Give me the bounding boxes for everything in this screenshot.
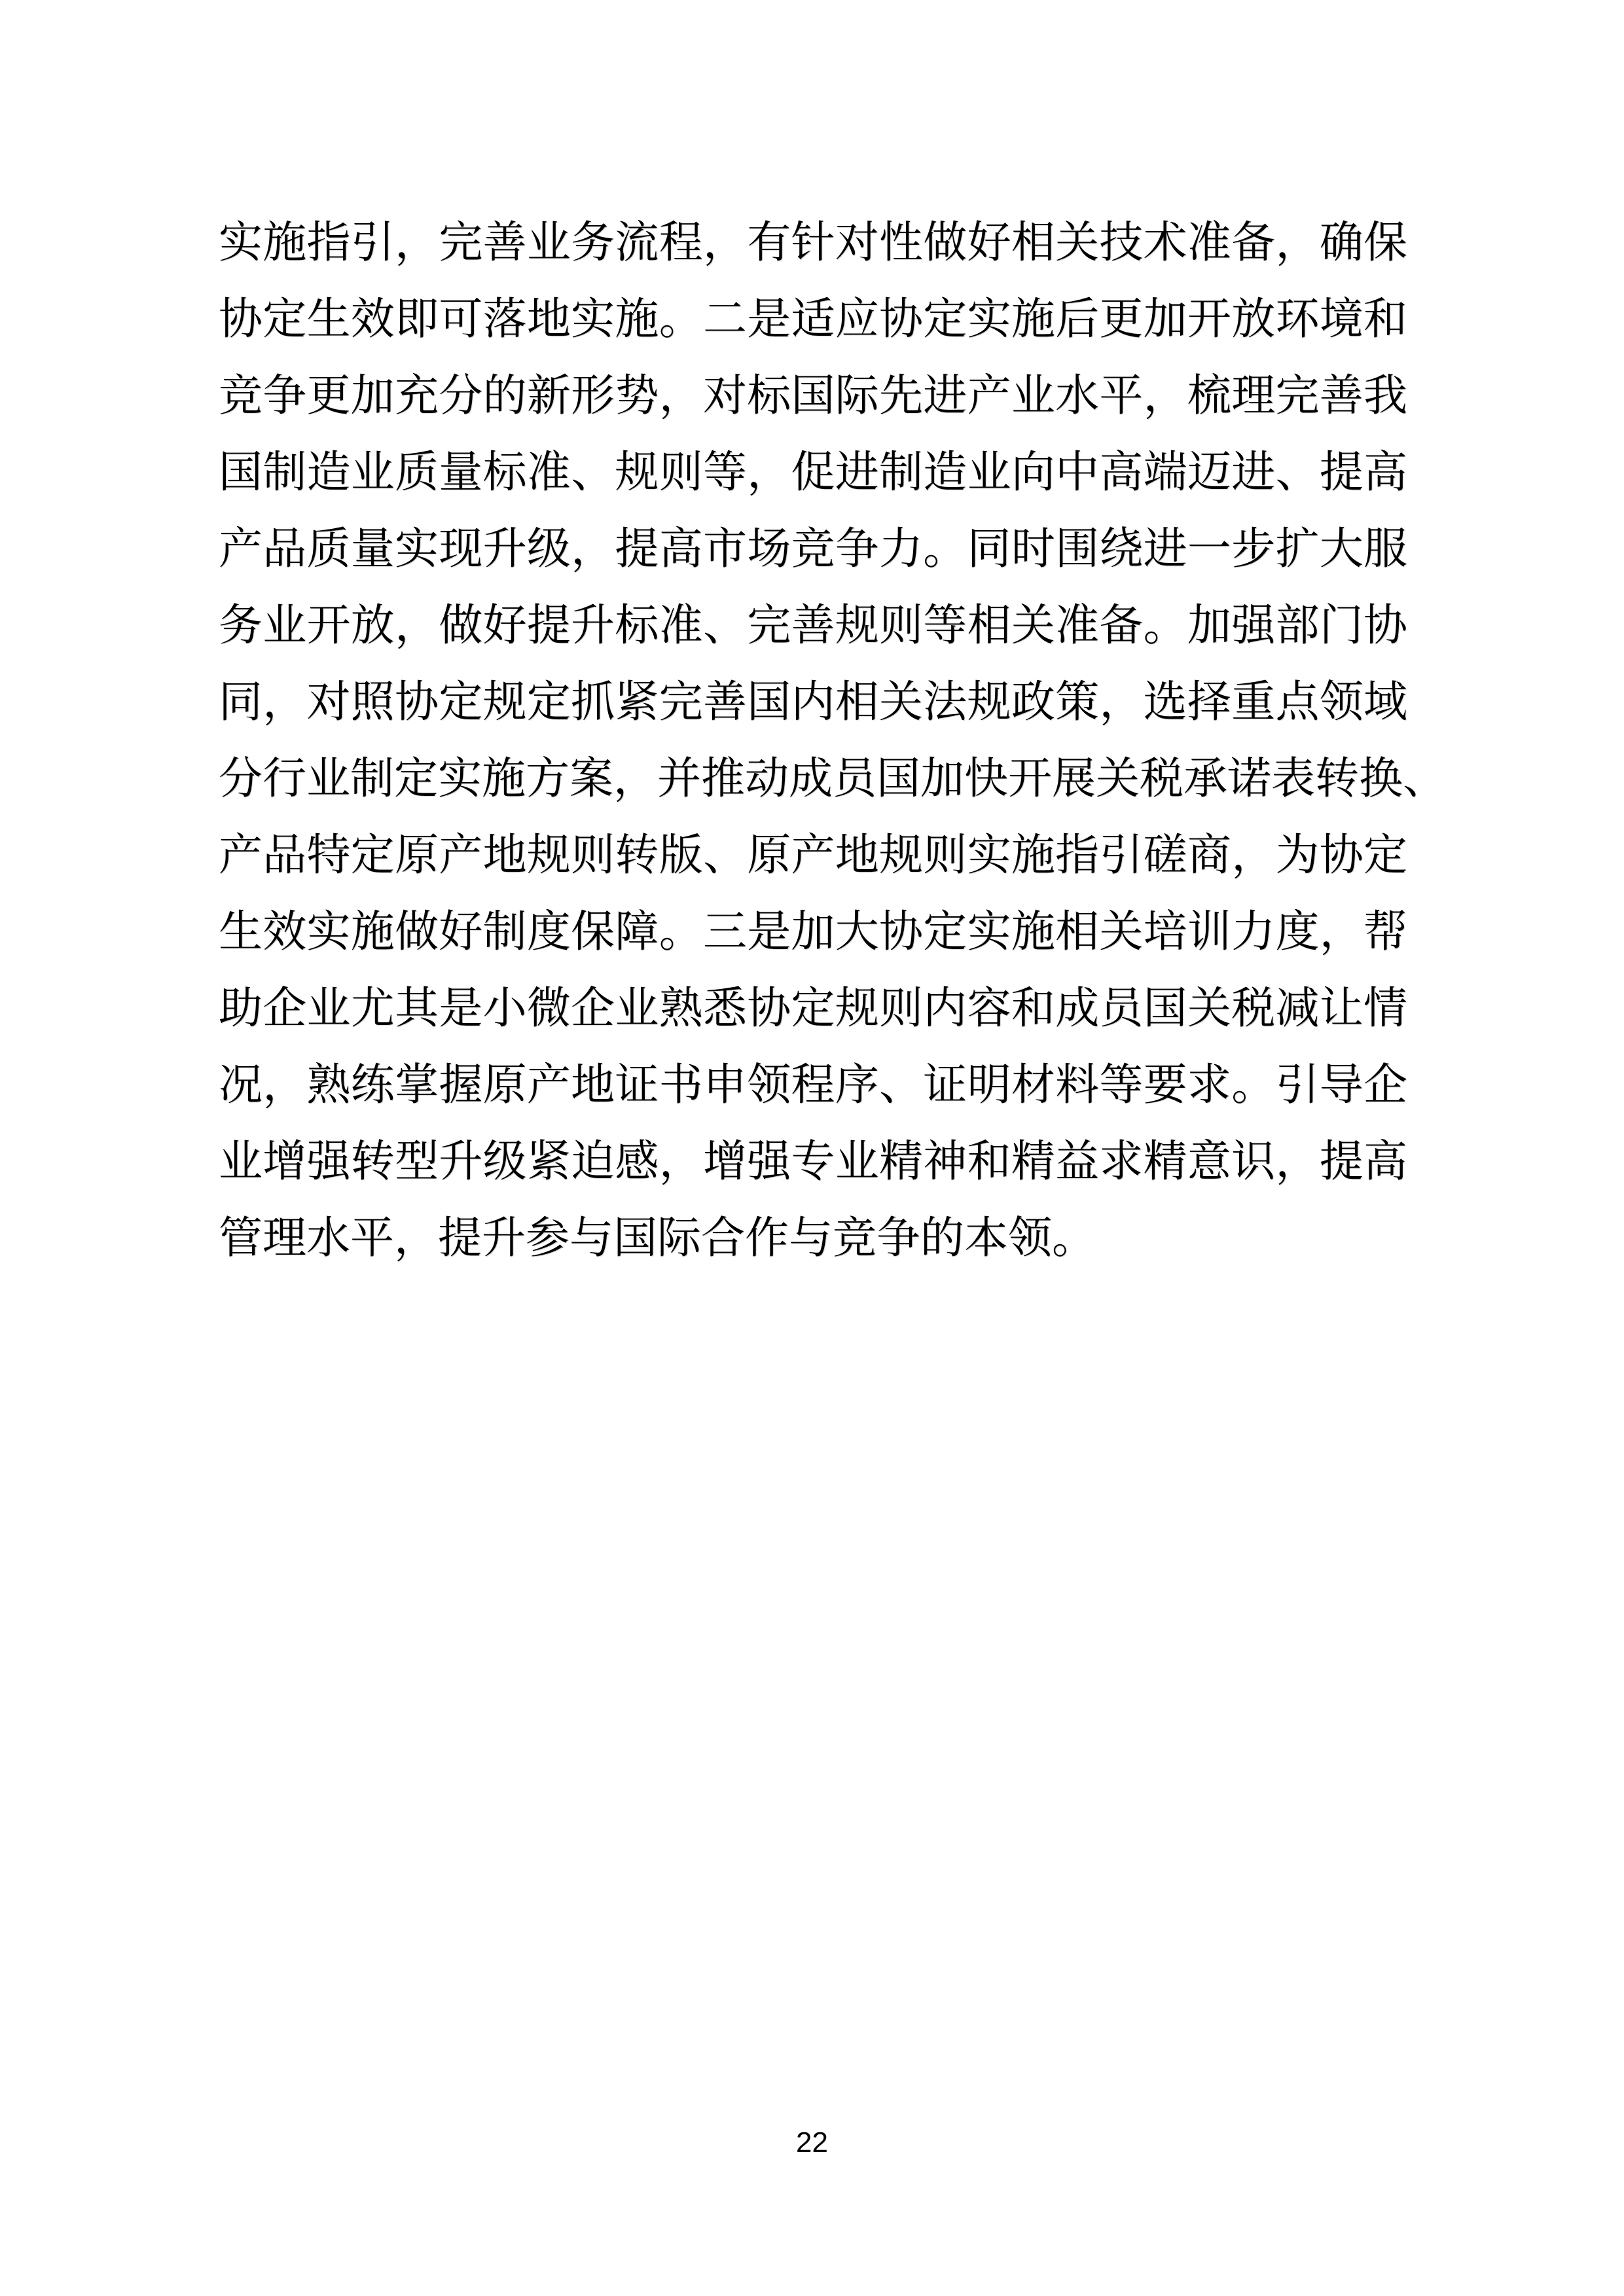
text-line: 助企业尤其是小微企业熟悉协定规则内容和成员国关税减让情 (219, 970, 1407, 1047)
text-line: 分行业制定实施方案，并推动成员国加快开展关税承诺表转换、 (219, 740, 1407, 817)
page-footer: 22 (0, 2128, 1624, 2157)
text-line: 国制造业质量标准、规则等，促进制造业向中高端迈进、提高 (219, 434, 1407, 511)
text-line: 同，对照协定规定抓紧完善国内相关法规政策，选择重点领域 (219, 664, 1407, 740)
text-line: 业增强转型升级紧迫感，增强专业精神和精益求精意识，提高 (219, 1123, 1407, 1200)
text-line: 协定生效即可落地实施。二是适应协定实施后更加开放环境和 (219, 281, 1407, 357)
document-page: 实施指引，完善业务流程，有针对性做好相关技术准备，确保 协定生效即可落地实施。二… (0, 0, 1624, 2296)
text-line: 实施指引，完善业务流程，有针对性做好相关技术准备，确保 (219, 204, 1407, 281)
text-line: 生效实施做好制度保障。三是加大协定实施相关培训力度，帮 (219, 893, 1407, 970)
text-line: 况，熟练掌握原产地证书申领程序、证明材料等要求。引导企 (219, 1047, 1407, 1123)
text-line: 产品特定原产地规则转版、原产地规则实施指引磋商，为协定 (219, 817, 1407, 893)
page-text-block: 实施指引，完善业务流程，有针对性做好相关技术准备，确保 协定生效即可落地实施。二… (219, 204, 1407, 1276)
text-line: 产品质量实现升级，提高市场竞争力。同时围绕进一步扩大服 (219, 511, 1407, 587)
text-line: 管理水平，提升参与国际合作与竞争的本领。 (219, 1200, 1407, 1276)
page-number: 22 (796, 2126, 828, 2159)
text-line: 务业开放，做好提升标准、完善规则等相关准备。加强部门协 (219, 587, 1407, 664)
text-line: 竞争更加充分的新形势，对标国际先进产业水平，梳理完善我 (219, 357, 1407, 434)
